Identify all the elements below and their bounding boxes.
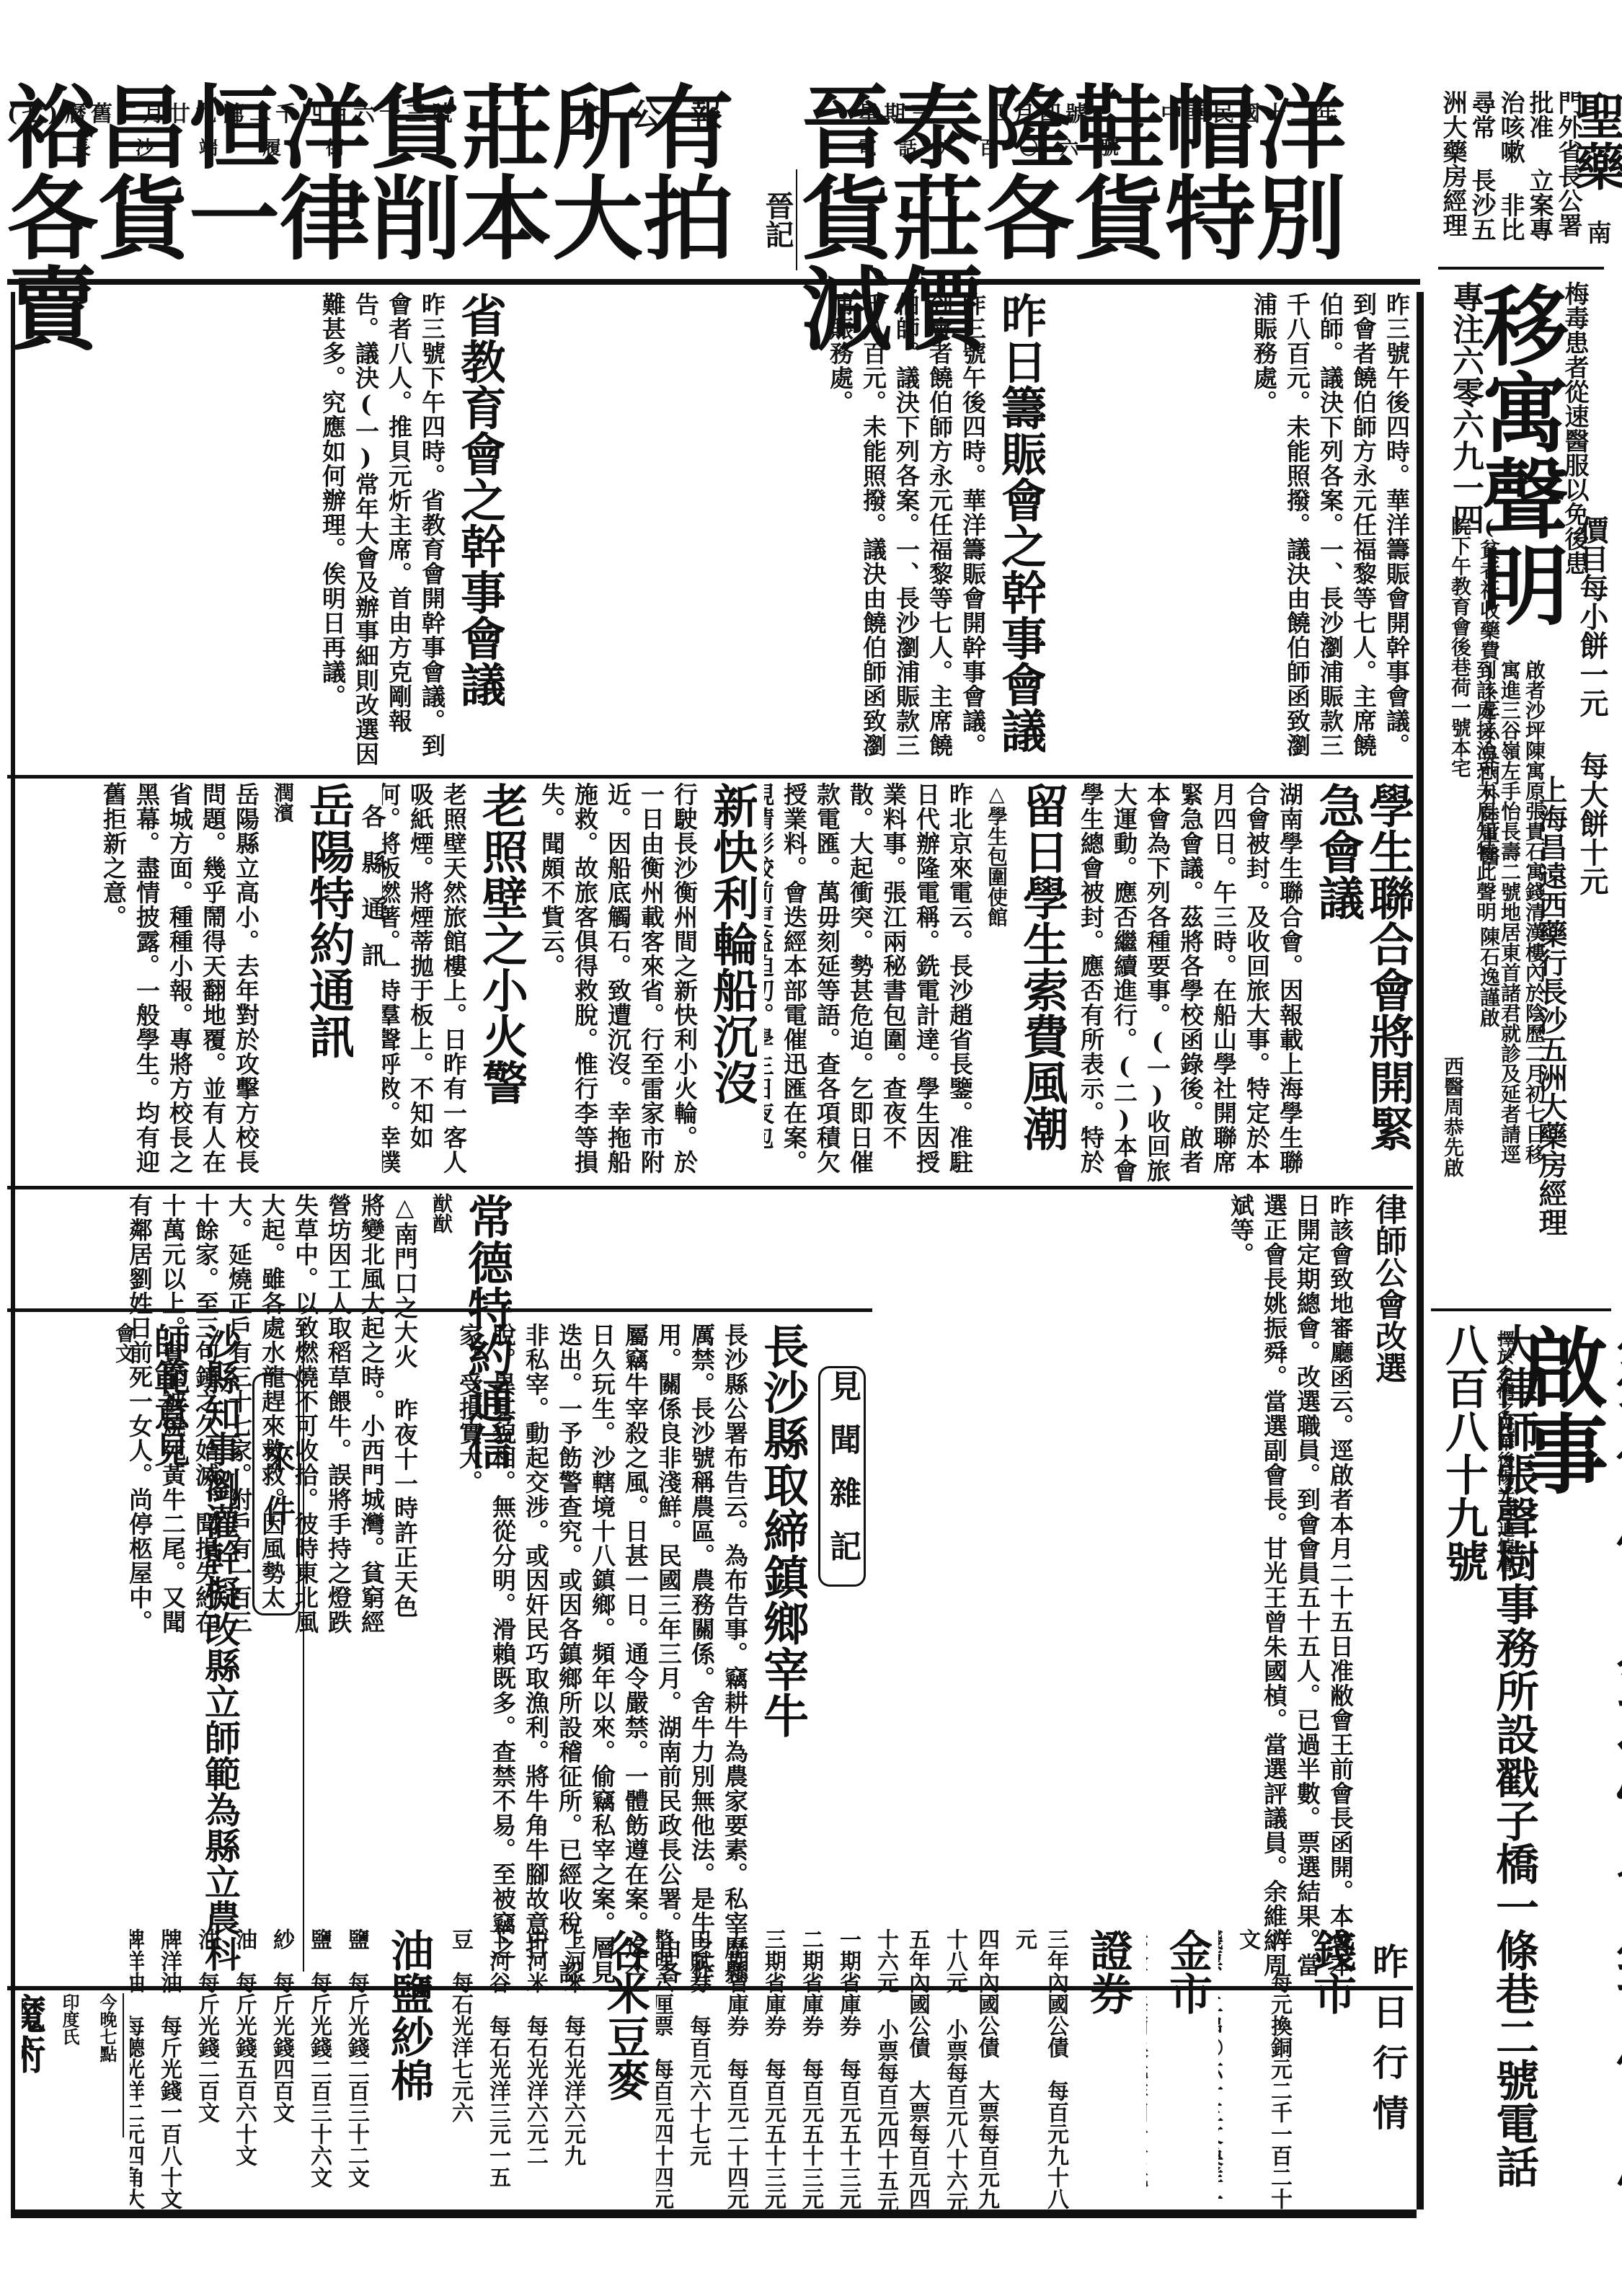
market-item: 下河谷 每石光洋三元一五	[482, 1928, 513, 2217]
article-headline: 老照壁之小火警	[476, 782, 526, 1186]
moving-notice-signature: 陳石逸謹啟	[1474, 926, 1503, 1042]
market-title: 昨日行情	[1370, 1943, 1413, 2145]
market-item: 牌洋油 每聽光洋二元四角大	[130, 1928, 147, 2217]
market-item: 上河米 每石光洋六元九	[557, 1928, 588, 2217]
market-item: 油 每斤光錢五百六十文	[228, 1928, 260, 2217]
article-body: 行駛長沙衡州間之新快利小火輪。於一日由衡州載客來省。行至雷家市附近。因船底觸石。…	[535, 782, 701, 1186]
market-section-title: 錢市	[1300, 1928, 1362, 2217]
market-title-box: 昨日行情	[1370, 1914, 1413, 2173]
column-divider	[1417, 292, 1424, 2209]
divider	[1438, 267, 1604, 270]
article-yueyang: 岳陽特約通訊 潤濱 岳陽縣立高小。去年對於攻擊方校長問題。幾乎鬧得天翻地覆。並有…	[7, 782, 353, 1186]
cake-ad: 價目每小餅一元 每大餅十元	[1572, 515, 1608, 1020]
market-item: 三年內國公債 每百元九十八元	[1008, 1928, 1071, 2217]
market-item: 紗 每斤光錢四百文	[265, 1928, 297, 2217]
medicine-ad: 聖藥 南門外省長公署批准 立案專治咳嗽 非比尋常 長沙五洲大藥房經理	[1431, 90, 1611, 256]
article-headline: 律師公會改選	[1362, 1193, 1413, 1986]
banner-ad: 晉泰隆鞋帽洋貨莊各貨特別減價 晉記 裕昌恒洋貨莊所有各貨一律削本大拍賣	[7, 166, 1420, 274]
article-student-union: 學生聯合會將開緊急會議 湖南學生聯合會。因報載上海學生聯合會被封。及收回旅大事。…	[1074, 782, 1413, 1186]
cake-ad-agent: 上海昌遠西藥行長沙五洲大藥房經理	[1535, 775, 1572, 1280]
article-byline: 潤濱	[268, 782, 297, 1186]
market-item: 五年內國公債 大票每百元四十六元 小票每百元四十五元	[869, 1928, 933, 2217]
divider	[7, 775, 1413, 779]
cake-ad-price: 價目每小餅一元 每大餅十元	[1575, 515, 1609, 895]
market-oil-salt: 油鹽紗棉 鹽 每斤光錢二百三十二文 鹽 每斤光錢二百三十六文 紗 每斤光錢四百文…	[130, 1928, 440, 2217]
market-item: 中河米 每石光洋六元二	[519, 1928, 551, 2217]
market-item: 五期省庫券 每百元二十四元	[719, 1928, 751, 2217]
market-section-title: 金市	[1156, 1928, 1218, 2217]
article-body: 昨三號午後四時。華洋籌賑會開幹事會議。到會者饒伯師方永元任福黎等七人。主席饒伯師…	[1247, 292, 1413, 768]
market-money: 錢市 洋 每元換銅元二千一百二十文 錢票 二串〇六十三文換洋一元 洋 每一百元折…	[1218, 1928, 1362, 2217]
article-incoming: 沙縣知事瀏灌幹擬改縣立師範為縣立農科師範意見 會文	[7, 1323, 245, 1986]
article-small-fire: 老照壁之小火警 老照壁天然旅館樓上。日昨有一客人吸紙煙。將煙蒂拋于板上。不知如何…	[382, 782, 526, 1186]
market-section-title: 油鹽紗棉	[378, 1928, 440, 2217]
incoming-label: 來件	[252, 1373, 300, 1615]
column-divider	[303, 1323, 304, 1972]
magic-show-ad: 今晚七點 印度氏 魔術 票價	[22, 1993, 123, 2209]
doctor-signature: 西醫周恭先啟	[1438, 1056, 1467, 1200]
page-border-bottom	[11, 2209, 1417, 2218]
market-grain: 谷米豆麥 上河米 每石光洋六元九 中河米 每石光洋六元二 下河谷 每石光洋三元一…	[440, 1928, 656, 2217]
article-cattle: 長沙縣取締鎮鄉宰牛 長沙縣公署布告云。為布告事。竊耕牛為農家要素。私宰歷懸厲禁。…	[404, 1323, 807, 1986]
market-item: 錢票 二串〇六十三文換洋一元	[1218, 1928, 1226, 2217]
market-item: 油 每斤光錢二百文	[190, 1928, 222, 2217]
market-item: 一期省庫券 每百元五十三元	[832, 1928, 864, 2217]
market-section-title: 谷米豆麥	[594, 1928, 656, 2217]
market-item: 赤金 每兩換光洋四十七元	[1146, 1928, 1151, 2217]
article-body: 昨三號午後四時。華洋籌賑會開幹事會議。到會者饒伯師方永元任福黎等七人。主席饒伯師…	[823, 292, 989, 768]
article-headline: 留日學生索費風潮	[1016, 782, 1067, 1186]
divider	[7, 1186, 1413, 1189]
market-section-title: 證券	[1077, 1928, 1139, 2217]
article-body: 老照壁天然旅館樓上。日昨有一客人吸紙煙。將煙蒂拋于板上。不知如何。將板燃著。一時…	[382, 782, 470, 1186]
banner-brand-small: 晉記	[763, 191, 792, 249]
divider	[7, 279, 1420, 285]
banner-divider	[796, 169, 797, 270]
misc-notes-label: 見聞雜記	[818, 1366, 866, 1587]
article-body: 長沙縣公署布告云。為布告事。竊耕牛為農家要素。私宰歷懸厲禁。長沙號稱農區。農務關…	[453, 1323, 751, 1986]
magic-ad-line: 今晚七點	[91, 1993, 123, 2209]
article-headline: 學生聯合會將開緊急會議	[1312, 782, 1413, 1186]
article-headline: 新快利輪船沉沒	[706, 782, 757, 1186]
market-item: 鹽 每斤光錢二百三十六文	[303, 1928, 334, 2217]
article-ship-sinking: 新快利輪船沉沒 行駛長沙衡州間之新快利小火輪。於一日由衡州載客來省。行至雷家市附…	[533, 782, 757, 1186]
lawyer-office-ad: 大律師張聲樹事務所設戳子橋一條巷二號電話八百八十九號	[1438, 1323, 1539, 2188]
magic-ad-title: 魔術	[22, 1993, 48, 2209]
divider	[1431, 1308, 1611, 1311]
various-county-label: 各縣通訊	[360, 804, 389, 1063]
market-item: 豆 每石光洋七元六	[444, 1928, 476, 2217]
article-students-abroad: 留日學生索費風潮 △學生包圍使館 昨北京來電云。長沙趙省長鑒。准駐日代辦隆電稱。…	[764, 782, 1067, 1186]
market-item: 二期省庫券 每百元五十三元	[794, 1928, 826, 2217]
article-byline: △學生包圍使館	[982, 782, 1011, 1186]
market-item: 鹽 每斤光錢二百三十二文	[340, 1928, 372, 2217]
market-securities: 證券 三年內國公債 每百元九十八元 四年內國公債 大票每百元九十八元 小票每百元…	[656, 1928, 1139, 2217]
market-item: 田賦券 每百元六十七元	[682, 1928, 714, 2217]
article-body: 岳陽縣立高小。去年對於攻擊方校長問題。幾乎鬧得天翻地覆。並有人在省城方面。種種小…	[97, 782, 262, 1186]
column-divider	[123, 1993, 124, 2137]
article-headline: 昨日籌賑會之幹事會議	[995, 292, 1045, 768]
article-body: 湖南學生聯合會。因報載上海學生聯合會被封。及收回旅大事。特定於本月四日。午三時。…	[1074, 782, 1306, 1186]
market-item: 三期省庫券 每百元五十三元	[757, 1928, 789, 2217]
market-item: 洋 每元換銅元二千一百二十文	[1231, 1928, 1295, 2217]
article-lawyers: 律師公會改選 昨該會致地審廳函云。逕啟者本月二十五日准敝會王前會長函開。本會本日…	[872, 1193, 1413, 1986]
article-relief-meeting: 昨日籌賑會之幹事會議 昨三號午後四時。華洋籌賑會開幹事會議。到會者饒伯師方永元任…	[512, 292, 1045, 768]
market-gold: 金市 赤金 每兩換光洋四十七元	[1146, 1928, 1218, 2217]
article-byline: 會文	[110, 1323, 138, 1986]
article-headline: 沙縣知事瀏灌幹擬改縣立師範為縣立農科師範意見	[144, 1323, 245, 1986]
magic-ad-line: 印度氏	[53, 1993, 85, 2209]
article-headline: 省教育會之幹事會議	[454, 292, 505, 768]
article-headline: 岳陽特約通訊	[303, 782, 353, 1186]
moving-notice-note: (貧者祇收藥費)上午小吳門外陸軍醫院下午教育會後巷荷一號本宅	[1445, 515, 1503, 876]
market-item: 整理六厘票 每百元四十四元	[656, 1928, 676, 2217]
article-body: 昨北京來電云。長沙趙省長鑒。准駐日代辦隆電稱。銑電計達。學生因授業料事。張江兩秘…	[764, 782, 976, 1186]
article-body: 昨該會致地審廳函云。逕啟者本月二十五日准敝會王前會長函開。本會本日開定期總會。改…	[1224, 1193, 1357, 1986]
market-item: 牌洋油 每斤光錢一百八十文	[153, 1928, 185, 2217]
article-education-notice: 昨三號午後四時。華洋籌賑會開幹事會議。到會者饒伯師方永元任福黎等七人。主席饒伯師…	[1060, 292, 1413, 768]
newspaper-page: (七) 曆舊二月廿九日 第二千四百六十三號 大公報 星期三 四月四號 中華民國十…	[7, 83, 1615, 2209]
article-headline: 長沙縣取締鎮鄉宰牛	[757, 1323, 807, 1986]
section-label: 各縣通訊	[360, 804, 389, 1063]
article-education-meeting: 省教育會之幹事會議 昨三號下午四時。省教育會開幹事會議。到會者八人。推貝元炘主席…	[7, 292, 505, 768]
page-border-left	[11, 292, 15, 2217]
divider	[7, 1308, 872, 1312]
article-body: 昨三號下午四時。省教育會開幹事會議。到會者八人。推貝元炘主席。首由方克剛報告。議…	[316, 292, 448, 768]
market-item: 四年內國公債 大票每百元九十八元 小票每百元八十六元	[939, 1928, 1002, 2217]
